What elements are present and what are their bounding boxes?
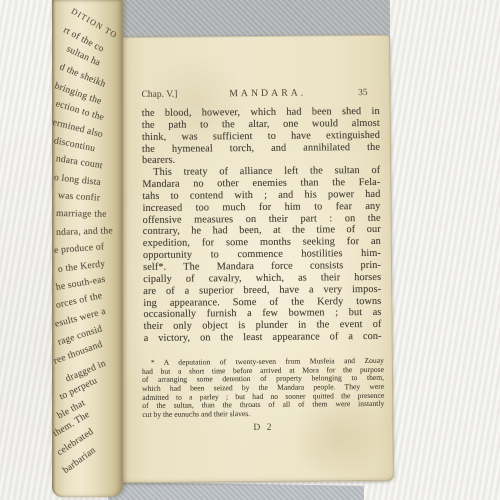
right-page: Chap. V.] MANDARA. 35 the blood, however… (111, 35, 394, 483)
body-text: the blood, however, which had been shed … (142, 106, 382, 345)
chapter-label: Chap. V.] (142, 90, 178, 100)
left-page-text-fragment: was confir (58, 190, 101, 204)
running-title: MANDARA. (177, 87, 358, 100)
left-page-text-fragment: e produce of (54, 241, 105, 256)
left-page-text-fragment: ndara, and the (56, 225, 113, 238)
left-page-text-fragment: ndara count (55, 153, 103, 171)
page-number: 35 (358, 88, 368, 98)
left-page-curled: DITION TOrt of the cosultan had the shei… (52, 0, 123, 497)
footnote-line: cut by the eunuchs and their slaves. (142, 409, 384, 420)
left-page-text-fragment: o long dista (53, 172, 101, 188)
printer-signature: D 2 (144, 421, 382, 434)
page-header: Chap. V.] MANDARA. 35 (142, 87, 380, 100)
body-text-line: a victory, on the least appearance of a … (144, 331, 382, 345)
left-page-text-fragment: marriage the (56, 208, 107, 220)
footnote-text: * A deputation of twenty-seven from Musf… (142, 357, 385, 420)
left-page-text-fragment: discontinu (53, 135, 96, 154)
left-page-text-fragment: o the Kerdy (57, 258, 105, 275)
